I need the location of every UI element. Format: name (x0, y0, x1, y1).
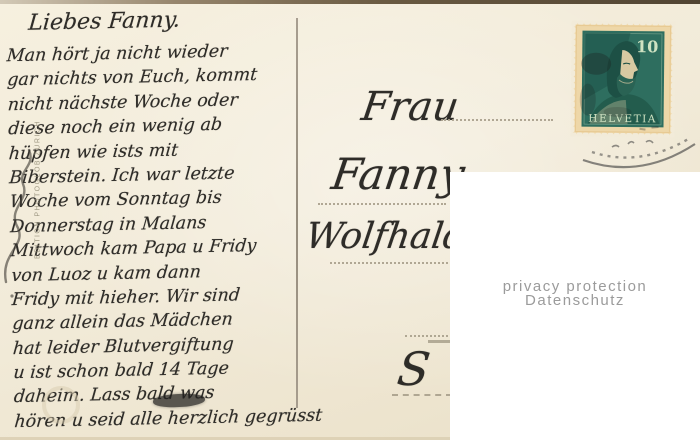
divider-line (296, 18, 298, 408)
address-dotted-line-1 (441, 119, 553, 121)
privacy-text-de: Datenschutz (450, 292, 700, 309)
address-town: Wolfhald (303, 216, 469, 257)
privacy-overlay: privacy protection Datenschutz (450, 172, 700, 440)
postcard-scan: Liebes Fanny. Man hört ja nicht wieder g… (0, 0, 700, 440)
emboss-ring-mark (42, 386, 80, 424)
card-top-edge (0, 0, 700, 4)
address-name: Fanny (328, 150, 467, 200)
address-dotted-line-2 (318, 203, 446, 205)
address-dotted-line-3 (330, 262, 452, 264)
stamp-value: 10 (636, 37, 658, 56)
publisher-imprint: EDITION PHOTOGLOB ZÜRICH (35, 90, 42, 290)
address-dotted-line-4 (405, 335, 452, 337)
postage-stamp: 10 HELVETIA (569, 19, 676, 138)
message-block: Liebes Fanny. Man hört ja nicht wieder g… (6, 5, 320, 437)
address-salutation: Frau (359, 84, 462, 130)
address-partial-word: S (394, 342, 433, 396)
